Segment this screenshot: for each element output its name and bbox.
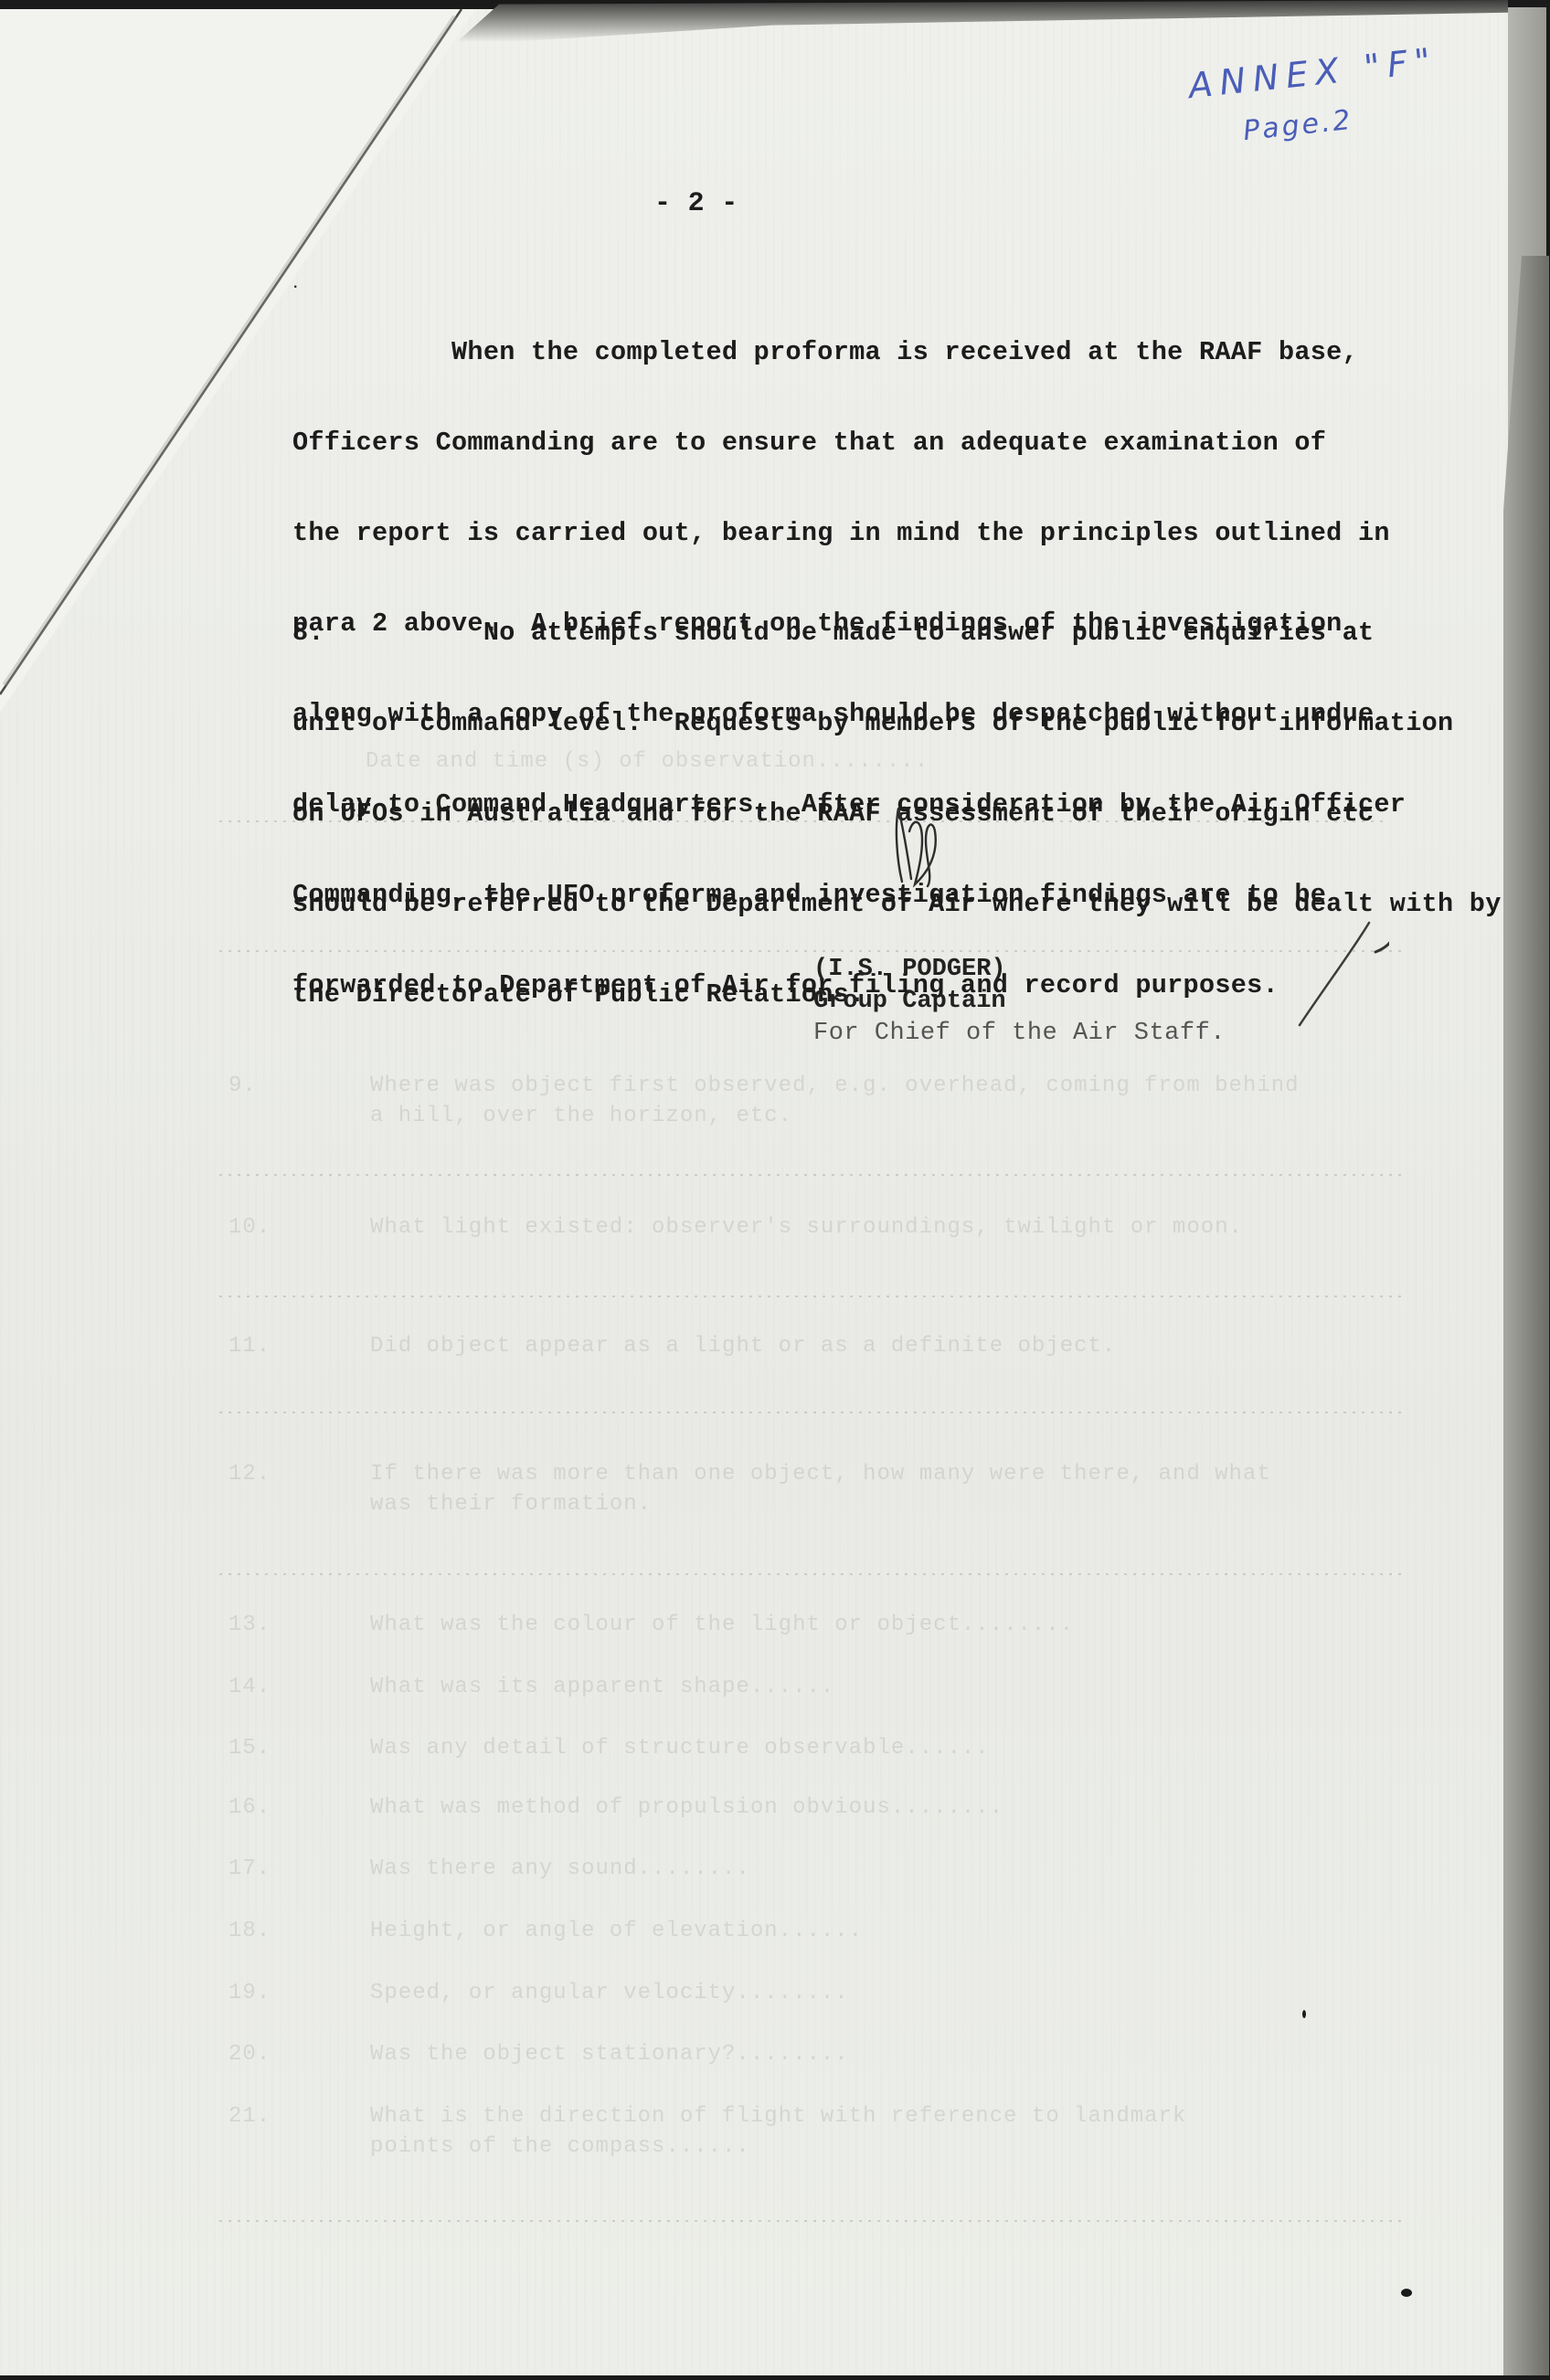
ghost-dotted-line xyxy=(219,2220,1407,2222)
ghost-item-number: 21. xyxy=(228,2104,271,2129)
ghost-text-line: What was its apparent shape...... xyxy=(370,1675,834,1699)
ghost-text-line: What was the colour of the light or obje… xyxy=(370,1613,1074,1637)
paragraph-line: 8. No attempts should be made to answer … xyxy=(292,618,1481,648)
right-page-edge-shadow xyxy=(1503,256,1549,2375)
ghost-item-number: 18. xyxy=(228,1919,271,1943)
ghost-item-number: 12. xyxy=(228,1462,271,1486)
paragraph-line: When the completed proforma is received … xyxy=(292,337,1481,367)
ghost-item-number: 14. xyxy=(228,1675,271,1699)
ghost-text-line: Was there any sound........ xyxy=(370,1856,750,1881)
ghost-text-line: Did object appear as a light or as a def… xyxy=(370,1334,1116,1359)
dust-speck xyxy=(1302,2010,1306,2018)
ghost-item-number: 11. xyxy=(228,1334,271,1359)
ghost-text-line: What is the direction of flight with ref… xyxy=(370,2104,1186,2129)
ghost-dotted-line xyxy=(219,1412,1407,1413)
ghost-item-number: 15. xyxy=(228,1736,271,1761)
ghost-item-number: 13. xyxy=(228,1613,271,1637)
ghost-text-line: a hill, over the horizon, etc. xyxy=(370,1104,792,1128)
paragraph-line: on UFOs in Australia and for the RAAF as… xyxy=(292,799,1481,829)
ghost-dotted-line xyxy=(219,1296,1407,1297)
ghost-item-number: 9. xyxy=(228,1074,257,1098)
ghost-text-line: Height, or angle of elevation...... xyxy=(370,1919,863,1943)
ghost-text-line: Speed, or angular velocity........ xyxy=(370,1981,849,2005)
ghost-text-line: was their formation. xyxy=(370,1492,652,1517)
ghost-text-line: What light existed: observer's surroundi… xyxy=(370,1215,1243,1240)
ghost-text-line: points of the compass...... xyxy=(370,2134,750,2159)
ghost-dotted-line xyxy=(219,1174,1407,1176)
ghost-item-number: 10. xyxy=(228,1215,271,1240)
ghost-dotted-line xyxy=(219,1573,1407,1575)
paragraph-line: the report is carried out, bearing in mi… xyxy=(292,518,1481,548)
scanned-document: Date and time (s) of observation........… xyxy=(0,0,1550,2380)
ghost-text-line: What was method of propulsion obvious...… xyxy=(370,1795,1003,1820)
ghost-text-line: If there was more than one object, how m… xyxy=(370,1462,1271,1486)
ghost-text-line: Was the object stationary?........ xyxy=(370,2042,849,2067)
ghost-item-number: 19. xyxy=(228,1981,271,2005)
paragraph-line: Officers Commanding are to ensure that a… xyxy=(292,428,1481,458)
ghost-item-number: 17. xyxy=(228,1856,271,1881)
signatory-rank: Group Captain xyxy=(813,988,1006,1015)
signatory-name: (I.S. PODGER) xyxy=(813,956,1006,983)
ghost-text-line: Was any detail of structure observable..… xyxy=(370,1736,990,1761)
signature-mark xyxy=(891,804,955,891)
dust-speck xyxy=(1401,2289,1412,2297)
paragraph-line: unit or command level. Requests by membe… xyxy=(292,708,1481,738)
signatory-on-behalf-of: For Chief of the Air Staff. xyxy=(813,1020,1226,1047)
ghost-text-line: Where was object first observed, e.g. ov… xyxy=(370,1074,1300,1098)
pencil-stroke-mark xyxy=(1289,914,1389,1032)
ghost-item-number: 16. xyxy=(228,1795,271,1820)
ghost-item-number: 20. xyxy=(228,2042,271,2067)
page-number: - 2 - xyxy=(654,189,738,219)
page-annotation: Page.2 xyxy=(1242,104,1355,147)
annex-annotation: ANNEX "F" xyxy=(1186,40,1439,106)
